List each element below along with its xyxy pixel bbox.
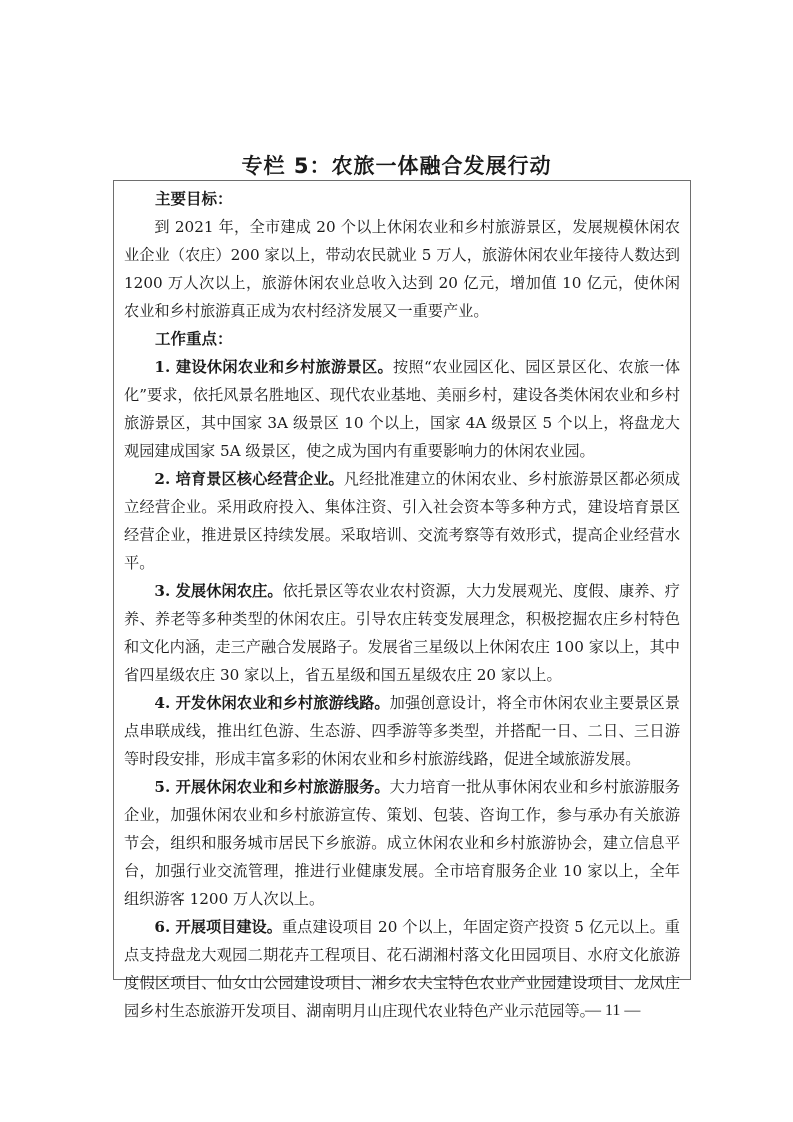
feature-box: 主要目标： 到 2021 年，全市建成 20 个以上休闲农业和乡村旅游景区，发展… (113, 180, 691, 980)
box-title: 专栏 5：农旅一体融合发展行动 (0, 150, 793, 180)
work-item-lead: 3. 发展休闲农庄。 (154, 582, 282, 600)
work-item-2: 2. 培育景区核心经营企业。凡经批准建立的休闲农业、乡村旅游景区都必须成立经营企… (124, 465, 680, 577)
work-item-lead: 4. 开发休闲农业和乡村旅游线路。 (154, 694, 389, 712)
goals-text: 到 2021 年，全市建成 20 个以上休闲农业和乡村旅游景区，发展规模休闲农业… (124, 213, 680, 325)
work-item-lead: 1. 建设休闲农业和乡村旅游景区。 (154, 358, 393, 376)
work-item-5: 5. 开展休闲农业和乡村旅游服务。大力培育一批从事休闲农业和乡村旅游服务企业，加… (124, 773, 680, 913)
work-item-lead: 6. 开展项目建设。 (154, 918, 282, 936)
work-item-text: 大力培育一批从事休闲农业和乡村旅游服务企业，加强休闲农业和乡村旅游宣传、策划、包… (124, 778, 680, 908)
work-heading: 工作重点： (124, 325, 680, 353)
work-item-lead: 2. 培育景区核心经营企业。 (154, 470, 343, 488)
work-item-1: 1. 建设休闲农业和乡村旅游景区。按照“农业园区化、园区景区化、农旅一体化”要求… (124, 353, 680, 465)
box-content: 主要目标： 到 2021 年，全市建成 20 个以上休闲农业和乡村旅游景区，发展… (124, 185, 680, 1025)
goals-heading: 主要目标： (124, 185, 680, 213)
work-item-lead: 5. 开展休闲农业和乡村旅游服务。 (154, 778, 389, 796)
work-item-3: 3. 发展休闲农庄。依托景区等农业农村资源，大力发展观光、度假、康养、疗养、养老… (124, 577, 680, 689)
work-item-4: 4. 开发休闲农业和乡村旅游线路。加强创意设计，将全市休闲农业主要景区景点串联成… (124, 689, 680, 773)
page-number: — 11 — (585, 1002, 640, 1020)
